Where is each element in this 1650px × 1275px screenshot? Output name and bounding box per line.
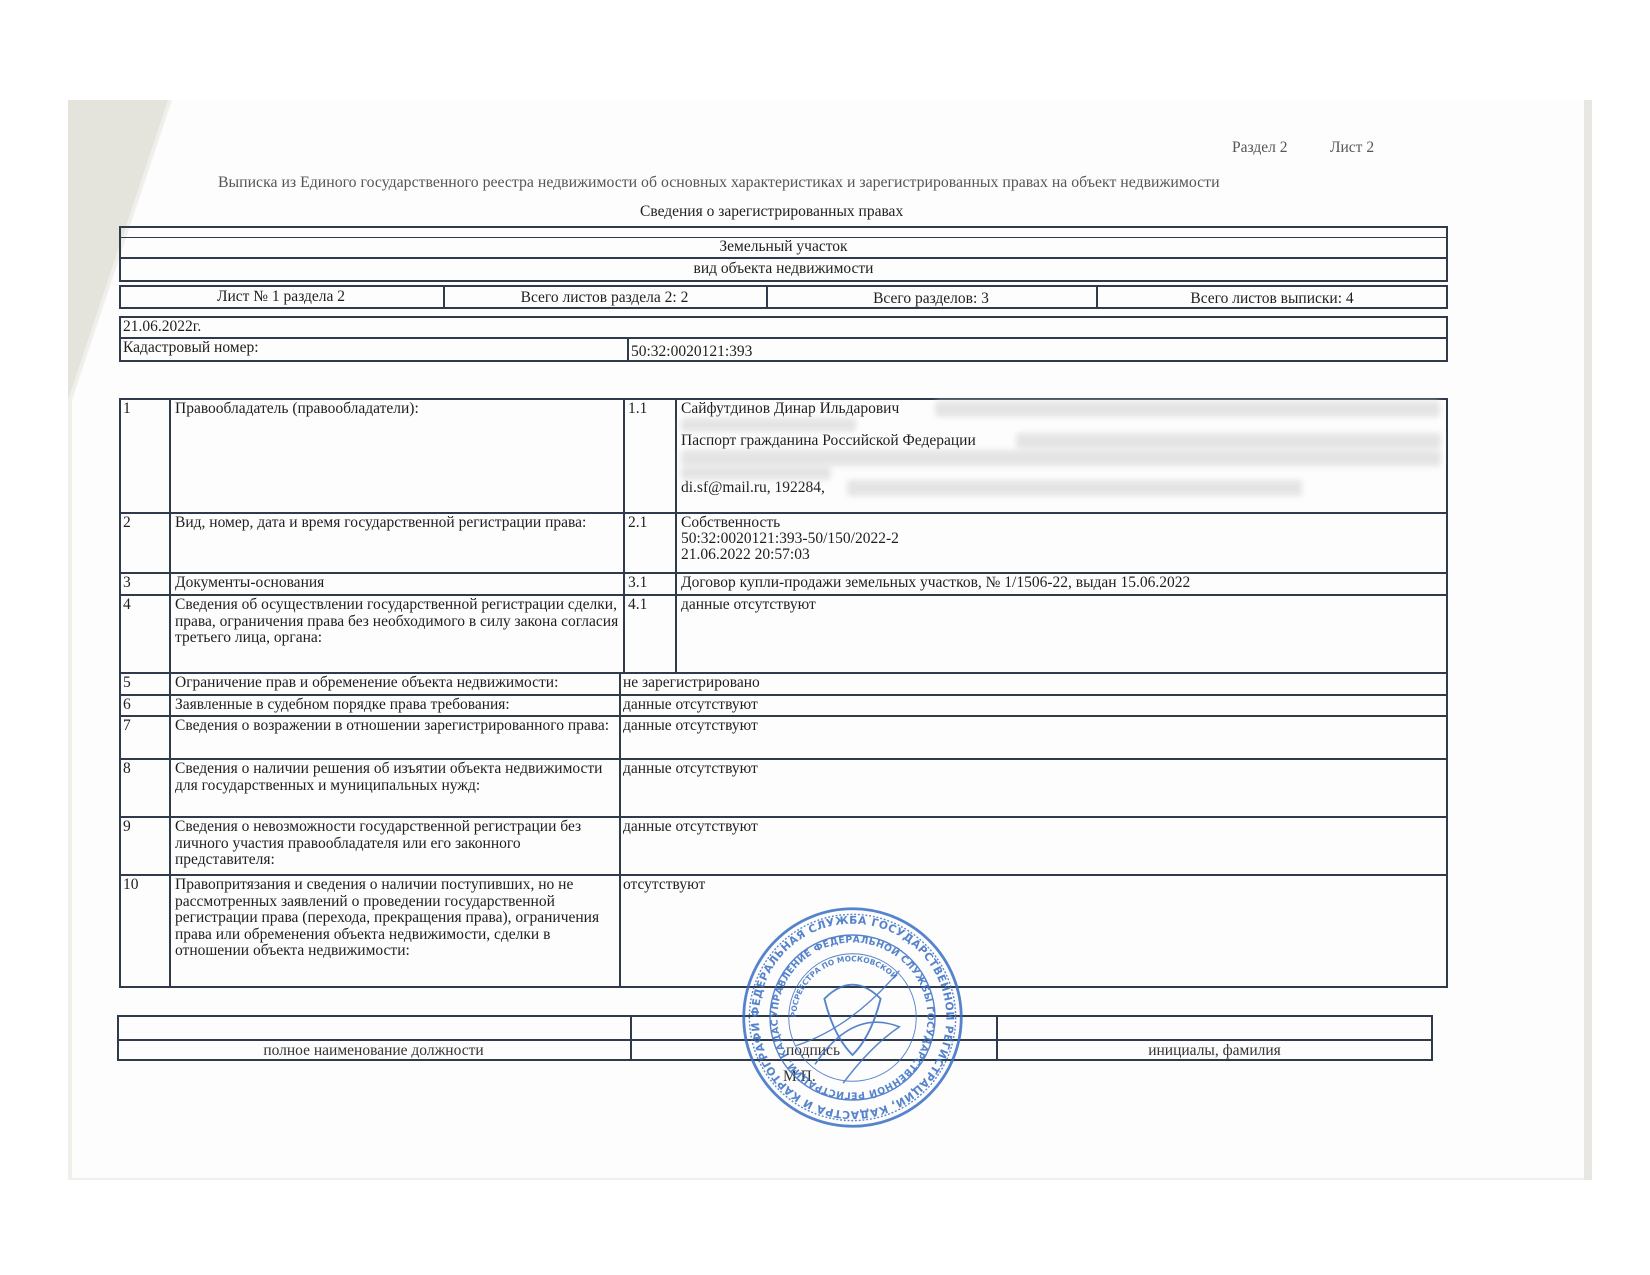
position-label: полное наименование должности: [117, 1043, 630, 1060]
object-type: Земельный участок: [119, 239, 1448, 256]
redacted-text: [681, 450, 1441, 466]
row-number: 4: [123, 597, 131, 614]
redacted-text: [681, 466, 831, 480]
redacted-text: [847, 480, 1302, 496]
row-value: данные отсутствуют: [623, 697, 758, 714]
row-value-line: данные отсутствуют: [681, 597, 816, 614]
row-number: 2: [123, 515, 131, 532]
section-label: Раздел 2: [1232, 139, 1287, 157]
row-label: Сведения о возражении в отношении зареги…: [175, 718, 617, 735]
row-label: Сведения о невозможности государственной…: [175, 819, 617, 869]
row-label: Правообладатель (правообладатели):: [175, 401, 621, 418]
cadastral-number: 50:32:0020121:393: [631, 344, 752, 361]
document-title: Выписка из Единого государственного реес…: [218, 174, 1220, 192]
row-value-line: Паспорт гражданина Российской Федерации: [681, 433, 976, 450]
row-label: Ограничение прав и обременение объекта н…: [175, 675, 617, 692]
row-number: 8: [123, 761, 131, 778]
row-label: Сведения о наличии решения об изъятии об…: [175, 761, 617, 794]
row-number: 6: [123, 697, 131, 714]
row-number: 7: [123, 718, 131, 735]
row-number: 5: [123, 675, 131, 692]
redacted-text: [935, 401, 1440, 417]
date-cadastral-box: [119, 316, 1448, 362]
row-value: данные отсутствуют: [623, 819, 758, 836]
row-value-line: 21.06.2022 20:57:03: [681, 547, 810, 564]
document-subtitle: Сведения о зарегистрированных правах: [640, 203, 903, 221]
row-number: 9: [123, 819, 131, 836]
row-number: 10: [123, 877, 139, 894]
row-value-line: Договор купли-продажи земельных участков…: [681, 575, 1190, 592]
row-subnumber: 2.1: [628, 515, 647, 532]
row-number: 1: [123, 401, 131, 418]
row-subnumber: 3.1: [628, 575, 647, 592]
row-value: не зарегистрировано: [623, 675, 760, 692]
total-sections: Всего разделов: 3: [766, 291, 1096, 308]
row-label: Вид, номер, дата и время государственной…: [175, 515, 621, 532]
row-subnumber: 4.1: [628, 597, 647, 614]
row-label: Правопритязания и сведения о наличии пос…: [175, 877, 617, 960]
extract-date: 21.06.2022г.: [123, 319, 201, 336]
row-label: Заявленные в судебном порядке права треб…: [175, 697, 617, 714]
redacted-text: [681, 418, 856, 432]
row-value: данные отсутствуют: [623, 718, 758, 735]
row-label: Сведения об осуществлении государственно…: [175, 597, 621, 647]
row-value: данные отсутствуют: [623, 761, 758, 778]
row-value-line: 50:32:0020121:393-50/150/2022-2: [681, 531, 899, 548]
row-value-line: Сайфутдинов Динар Ильдарович: [681, 401, 899, 418]
official-stamp-icon: ФЕДЕРАЛЬНАЯ СЛУЖБА ГОСУДАРСТВЕННОЙ РЕГИС…: [740, 905, 965, 1130]
row-subnumber: 1.1: [628, 401, 647, 418]
total-sheets-extract: Всего листов выписки: 4: [1096, 291, 1448, 308]
sheet-label: Лист 2: [1330, 139, 1374, 157]
redacted-text: [1016, 433, 1441, 449]
sheet-number: Лист № 1 раздела 2: [119, 289, 443, 306]
row-label: Документы-основания: [175, 575, 621, 592]
cadastral-label: Кадастровый номер:: [123, 340, 259, 357]
object-type-caption: вид объекта недвижимости: [119, 261, 1448, 278]
row-number: 3: [123, 575, 131, 592]
page-stack-edge: [1584, 100, 1592, 1180]
total-sheets-section: Всего листов раздела 2: 2: [443, 290, 766, 307]
name-label: инициалы, фамилия: [996, 1043, 1433, 1060]
row-value: отсутствуют: [623, 877, 705, 894]
row-value-line: di.sf@mail.ru, 192284,: [681, 480, 825, 497]
